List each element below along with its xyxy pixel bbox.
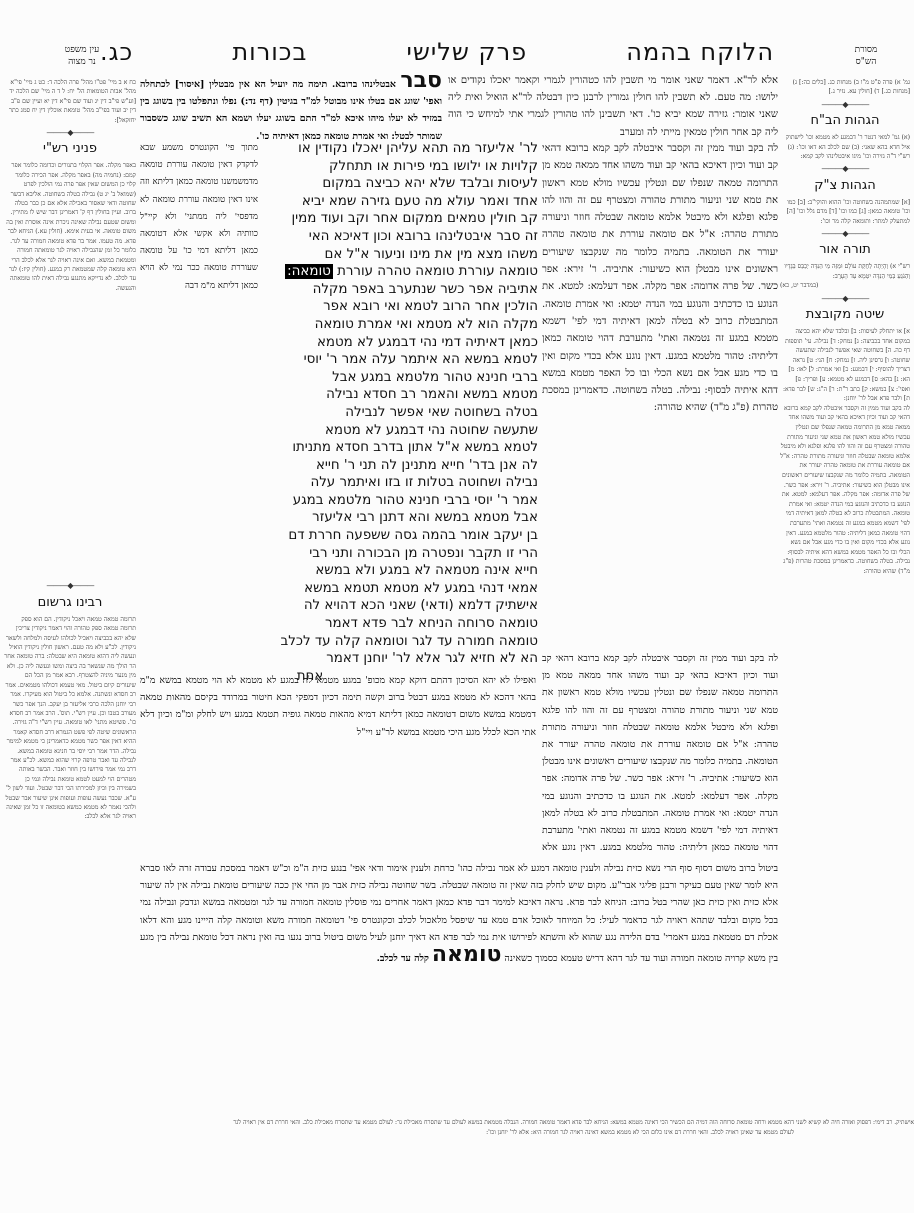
gemara-line: לעיסות ובלבד שלא יהא כביצה במקום: [262, 175, 538, 193]
left-margin-column: כח א ב מיי' פט"ו מהל' פרה הלכה ד: כט ג מ…: [4, 78, 136, 1118]
gemara-line: אחד ואמר עולא מה טעם גזירה שמא יביא: [262, 193, 538, 211]
gemara-line: קב חולין טמאים ממקום אחר וקב ועוד ממין: [262, 210, 538, 228]
rashi-column: לה בקב ועוד ממין זה וקסבר איבטלה לקב קמא…: [542, 140, 778, 650]
gemara-line: משהו מצא מין את מינו וניעור א"ל אם: [262, 246, 538, 264]
gemara-line: קלויות או ילושו במי פירות או תתחלק: [262, 158, 538, 176]
tosafot-bottom-text: ואפילו לא יהא הסיכון דהתם דוקא קמא מכופ'…: [140, 675, 536, 738]
shita-mekubetzet-body-cont: לה בקב ועוד ממין זה וקסבר איבטלה לקב קמא…: [780, 404, 910, 577]
hagahot-habach-title: הגהות הב"ח: [780, 112, 910, 130]
tosafot-full-width-block: ביטול ברוב משום דסוף סוף הרי נשא כזית נב…: [140, 860, 778, 1105]
tractate-name: בכורות: [232, 38, 307, 66]
tosafot-dibbur-hamatchil: טומאה: [432, 942, 502, 967]
chapter-number: פרק שלישי: [407, 38, 528, 66]
highlighted-word: טומאה:: [285, 264, 333, 279]
gemara-line: זה סבר איבטלינהו ברובא וכון דאיכא האי: [262, 228, 538, 246]
gemara-line: טומאה עוררת טומאה טהרה עוררת טומאה:: [262, 263, 538, 281]
gemara-line: לה אנן בדר' חייא מתנינן לה תני ר' חייא: [262, 457, 538, 475]
hagahot-habach-body: (א) גמ' למאי דנטר ר' דבמגע לא מטמא וכו' …: [780, 133, 910, 161]
gemara-line: מקלה הוא לא מטמא ואי אמרת טומאה: [262, 316, 538, 334]
rashi-top-block: אלא לר"א. דאמר שאני אומר מי תשבין להו כט…: [448, 72, 778, 141]
ornament-divider: [780, 100, 910, 109]
rabbenu-gershom-body: תרומה טמאה טמאה ויאכל ניקודין. הם הוא ספ…: [4, 615, 136, 822]
masoret-entries: גמ' א) פרה פ"ט מ"ו ב) מנחות כג. [כלים כה…: [780, 78, 910, 97]
chapter-name: הלוקח בהמה: [626, 38, 774, 66]
gemara-line: חייא אינה מטמאה לא במגע ולא במשא: [262, 562, 538, 580]
gemara-line: אישתיק דלמא (ודאי) שאני הכא דהויא לה: [262, 597, 538, 615]
ein-mishpat-entries: כח א ב מיי' פט"ו מהל' פרה הלכה ד: כט ג מ…: [4, 78, 136, 125]
tosafot-opening-word: סבר: [400, 68, 442, 93]
tosafot-dibbur-phrase: קלה עד לכלב.: [377, 953, 429, 964]
shita-mekubetzet-body: א] או יתחלק לעיסות: ב] ובלבד שלא יהא כבי…: [780, 327, 910, 404]
ornament-divider: [780, 229, 910, 238]
gemara-line: אבל מטמא במשא והא דתנן רבי אליעזר: [262, 509, 538, 527]
torah-or-body: רש"י א) וְהָיְתָה לְחֻקַּת עוֹלָם וּמַזֵ…: [780, 262, 910, 281]
ornament-divider: [4, 128, 136, 137]
ornament-divider: [780, 164, 910, 173]
footnote-block: אישתיק. רב דימי: דפסוק ואזרה חיה לא קשיא…: [140, 1118, 914, 1138]
gemara-line: אמר ר' יוסי ברבי חנינא טהור מלטמא במגע: [262, 492, 538, 510]
gemara-line: הולכין אחר הרוב לטמא ואי רובא אפר: [262, 298, 538, 316]
gemara-line: שתעשה שחוטה נהי דבמגע לא מטמא: [262, 422, 538, 440]
footnote-line: אישתיק. רב דימי: דפסוק ואזרה חיה לא קשיא…: [140, 1118, 914, 1128]
tosafot-column: מתוך פי' הקונטרס משמע שבא לדקדק דאין טומ…: [140, 140, 258, 660]
right-margin-column: גמ' א) פרה פ"ט מ"ו ב) מנחות כג. [כלים כה…: [780, 78, 910, 1078]
masoret-hashas-label: מסורת הש"ס: [836, 44, 896, 68]
gemara-line: הרי זו תקבר ונפטרה מן הבכורה ותני רבי: [262, 545, 538, 563]
ein-mishpat-label: עין משפט נר מצוה: [52, 44, 112, 68]
rashi-text: לה בקב ועוד ממין זה וקסבר איבטלה לקב קמא…: [542, 143, 778, 413]
rashi-bottom-text: לה בקב ועוד ממין זה וקסבר איבטלה לקב קמא…: [542, 653, 778, 855]
gemara-line: הא לא חזיא לגר אלא לר' יוחנן דאמר: [262, 650, 538, 668]
tosafot-text: מתוך פי' הקונטרס משמע שבא לדקדק דאין טומ…: [140, 143, 258, 291]
pnei-rashi-body: באפר מקלה. אפר הקלוי בתנורים וכדומה כלומ…: [4, 161, 136, 541]
hagahot-tzach-title: הגהות צ"ק: [780, 177, 910, 195]
torah-or-ref: (במדבר יט, כא): [780, 281, 910, 290]
gemara-line: כמאן דאיתיה דמי נהי דבמגע לא מטמא: [262, 334, 538, 352]
ornament-divider: [780, 294, 910, 303]
tosafot-top-block: סבר אבטלינהו ברובא. תימה מה יועיל הא אין…: [140, 72, 442, 145]
gemara-line: ברבי חנינא טהור מלטמא במגע אבל: [262, 369, 538, 387]
gemara-line: בן יעקב אומר בהמה גסה ששפעה חררת דם: [262, 527, 538, 545]
gemara-line: נבילה ושחוטה בטלות זו בזו ואיתמר עלה: [262, 474, 538, 492]
shita-mekubetzet-title: שיטה מקובצת: [780, 306, 910, 324]
gemara-line: לר' אליעזר מה תהא עליהן יאכלו נקודין או: [262, 140, 538, 158]
gemara-line: מטמא במשא והאמר רב חסדא נבילה: [262, 386, 538, 404]
ornament-divider: [4, 581, 136, 590]
rashi-top-text: אלא לר"א. דאמר שאני אומר מי תשבין להו כט…: [448, 75, 778, 138]
gemara-line: לטמא במשא א"ל אתון בדרב חסדא מתניתו: [262, 439, 538, 457]
gemara-line: טומאה חמורה עד לגר וטומאה קלה עד לכלב: [262, 633, 538, 651]
gemara-line: אתיביה אפר כשר שנתערב באפר מקלה: [262, 281, 538, 299]
gemara-line: טומאה סרוחה הניחא לבר פדא דאמר: [262, 615, 538, 633]
hagahot-tzach-body: [א] שמתמהנה בשחוטה וכו' ההוא והוקי"ב: [ב…: [780, 198, 910, 226]
gemara-line: אמאי דנהי במגע לא מטמא תטמא במשא: [262, 580, 538, 598]
rashi-bottom-block: לה בקב ועוד ממין זה וקסבר איבטלה לקב קמא…: [542, 650, 778, 855]
page-header: מסורת הש"ס הלוקח בהמה פרק שלישי בכורות כ…: [0, 34, 914, 74]
gemara-line: לטמא במשא הא איתמר עלה אמר ר' יוסי: [262, 351, 538, 369]
running-title: הלוקח בהמה פרק שלישי בכורות כג.: [100, 38, 774, 66]
torah-or-title: תורה אור: [780, 241, 910, 259]
tosafot-bottom-block: ואפילו לא יהא הסיכון דהתם דוקא קמא מכופ'…: [140, 672, 536, 857]
pnei-rashi-title: פניני רש"י: [4, 140, 136, 158]
footnote-line: לעולם מטמא עד שאינן ראויה לכלב. והאי חרר…: [140, 1128, 914, 1138]
gemara-text: לר' אליעזר מה תהא עליהן יאכלו נקודין או …: [262, 140, 538, 700]
gemara-line: בטלה בשחוטה שאי אפשר לנבילה: [262, 404, 538, 422]
rabbenu-gershom-title: רבינו גרשום: [4, 594, 136, 612]
